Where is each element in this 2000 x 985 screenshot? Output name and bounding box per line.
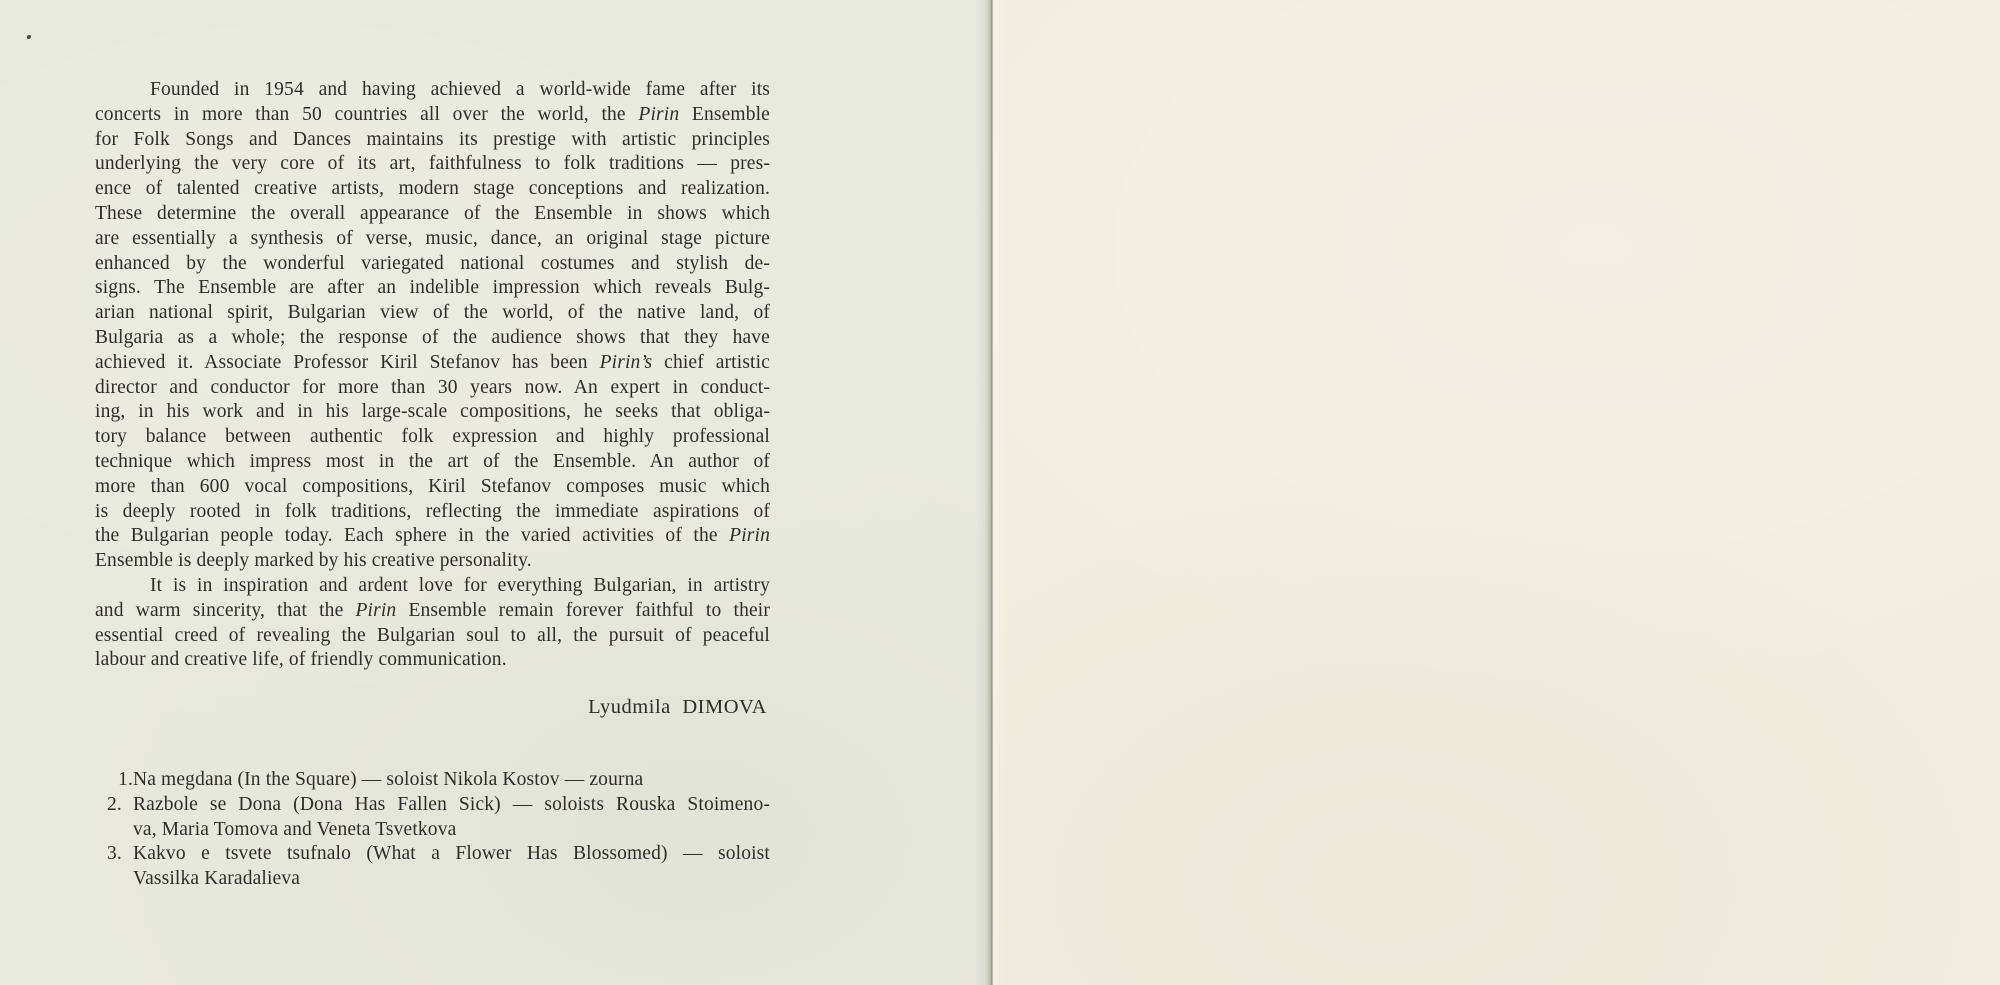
text-line: are essentially a synthesis of verse, mu… [95, 227, 770, 252]
text-line: technique which impress most in the art … [95, 450, 770, 475]
text-line: ence of talented creative artists, moder… [95, 177, 770, 202]
page-right: 4.Pismo ti e doshlo (A Letter Has Come F… [990, 0, 2000, 985]
track-line: 2.Razbole se Dona (Dona Has Fallen Sick)… [107, 793, 770, 818]
text-line: arian national spirit, Bulgarian view of… [95, 301, 770, 326]
page-left: Founded in 1954 and having achieved a wo… [0, 0, 990, 985]
track-line-continuation: Vassilka Karadalieva [107, 867, 770, 892]
text-line: concerts in more than 50 countries all o… [95, 103, 770, 128]
text-line: more than 600 vocal compositions, Kiril … [95, 475, 770, 500]
track-title: Razbole se Dona (Dona Has Fallen Sick) —… [133, 794, 770, 815]
track-line: 3.Kakvo e tsvete tsufnalo (What a Flower… [107, 842, 770, 867]
intro-paragraphs: Founded in 1954 and having achieved a wo… [95, 78, 770, 673]
text-line: enhanced by the wonderful variegated nat… [95, 252, 770, 277]
text-line: labour and creative life, of friendly co… [95, 648, 770, 673]
track-title: Kakvo e tsvete tsufnalo (What a Flower H… [133, 843, 770, 864]
track-line-continuation: va, Maria Tomova and Veneta Tsvetkova [107, 818, 770, 843]
paper-speck [27, 35, 31, 39]
text-line: is deeply rooted in folk traditions, ref… [95, 500, 770, 525]
track-title: Na megdana (In the Square) — soloist Nik… [133, 769, 643, 790]
text-line: These determine the overall appearance o… [95, 202, 770, 227]
text-line: for Folk Songs and Dances maintains its … [95, 128, 770, 153]
tracklist-left: 1.Na megdana (In the Square) — soloist N… [107, 768, 770, 892]
text-line: Founded in 1954 and having achieved a wo… [95, 78, 770, 103]
track-line: 1.Na megdana (In the Square) — soloist N… [107, 768, 770, 793]
track-number: 3. [107, 842, 133, 867]
author-signature: Lyudmila DIMOVA [95, 696, 767, 719]
text-line: Ensemble is deeply marked by his creativ… [95, 549, 770, 574]
text-line: It is in inspiration and ardent love for… [95, 574, 770, 599]
text-line: underlying the very core of its art, fai… [95, 152, 770, 177]
track-number: 1. [107, 768, 133, 793]
text-line: Bulgaria as a whole; the response of the… [95, 326, 770, 351]
text-line: achieved it. Associate Professor Kiril S… [95, 351, 770, 376]
text-line: the Bulgarian people today. Each sphere … [95, 524, 770, 549]
text-line: signs. The Ensemble are after an indelib… [95, 276, 770, 301]
text-line: essential creed of revealing the Bulgari… [95, 624, 770, 649]
text-line: ing, in his work and in his large-scale … [95, 400, 770, 425]
page-fold [975, 0, 1009, 985]
booklet-spread: Founded in 1954 and having achieved a wo… [0, 0, 2000, 985]
track-number: 2. [107, 793, 133, 818]
text-line: director and conductor for more than 30 … [95, 376, 770, 401]
text-line: tory balance between authentic folk expr… [95, 425, 770, 450]
text-line: and warm sincerity, that the Pirin Ensem… [95, 599, 770, 624]
